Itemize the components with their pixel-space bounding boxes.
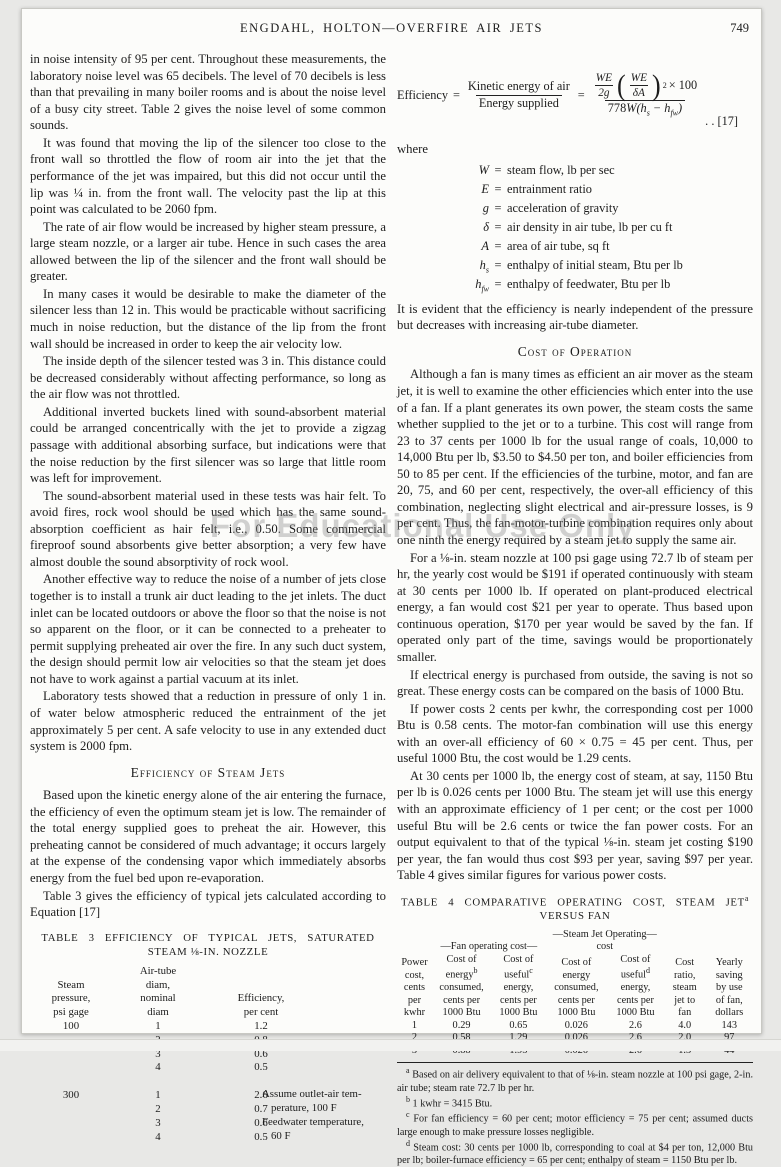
definition-row: δ=air density in air tube, lb per cu ft	[455, 219, 753, 238]
paragraph: Additional inverted buckets lined with s…	[30, 404, 386, 487]
paragraph: Although a fan is many times as efficien…	[397, 366, 753, 548]
open-paren: (	[617, 71, 626, 101]
equation-number: . . [17]	[705, 113, 738, 137]
definition-row: hs=enthalpy of initial steam, Btu per lb	[455, 257, 753, 276]
table-4: —Fan operating cost— —Steam Jet Operatin…	[397, 929, 753, 1052]
paragraph: The inside depth of the silencer tested …	[30, 353, 386, 403]
paragraph: The rate of air flow would be increased …	[30, 219, 386, 285]
document-page: ENGDAHL, HOLTON—OVERFIRE AIR JETS 749 in…	[21, 8, 762, 1034]
fraction: WE2g ( WEδA )2 × 100 778W(hs − hfw)	[590, 71, 700, 119]
table-3-title: TABLE 3 EFFICIENCY OF TYPICAL JETS, SATU…	[30, 931, 386, 959]
paragraph: At 30 cents per 1000 lb, the energy cost…	[397, 768, 753, 884]
page-number: 749	[730, 21, 749, 36]
paragraph: Based upon the kinetic energy alone of t…	[30, 787, 386, 886]
table-group-header-row: —Fan operating cost— —Steam Jet Operatin…	[397, 929, 753, 954]
paragraph: If electrical energy is purchased from o…	[397, 667, 753, 700]
table-header-row: Steampressure,psi gage Air-tubediam,nomi…	[32, 965, 316, 1020]
definition-row: hfw=enthalpy of feedwater, Btu per lb	[455, 276, 753, 295]
scan-bottom-strip	[0, 1039, 781, 1051]
symbol-definitions: W=steam flow, lb per sec E=entrainment r…	[455, 162, 753, 295]
paragraph: Laboratory tests showed that a reduction…	[30, 688, 386, 754]
paragraph: If power costs 2 cents per kwhr, the cor…	[397, 701, 753, 767]
definition-row: W=steam flow, lb per sec	[455, 162, 753, 181]
paragraph: It is evident that the efficiency is nea…	[397, 301, 753, 334]
close-paren: )	[652, 71, 661, 101]
table-header-row: Powercost,centsperkwhr Cost ofenergybcon…	[397, 954, 753, 1020]
right-column: Efficiency = Kinetic energy of air Energ…	[397, 51, 753, 1051]
paragraph: The sound-absorbent material used in the…	[30, 488, 386, 571]
where-label: where	[397, 141, 753, 158]
paragraph: in noise intensity of 95 per cent. Throu…	[30, 51, 386, 134]
fraction: Kinetic energy of air Energy supplied	[465, 79, 573, 111]
left-column: in noise intensity of 95 per cent. Throu…	[30, 51, 386, 1051]
running-title: ENGDAHL, HOLTON—OVERFIRE AIR JETS	[30, 21, 753, 36]
paragraph: It was found that moving the lip of the …	[30, 135, 386, 218]
table-row: 10.290.650.0262.64.0143	[397, 1020, 753, 1033]
page-header: ENGDAHL, HOLTON—OVERFIRE AIR JETS 749	[30, 21, 753, 43]
table-row: 10011.2	[32, 1020, 316, 1034]
paragraph: Table 3 gives the efficiency of typical …	[30, 888, 386, 921]
definition-row: A=area of air tube, sq ft	[455, 238, 753, 257]
equation-17: Efficiency = Kinetic energy of air Energ…	[397, 53, 753, 137]
section-heading-cost: Cost of Operation	[397, 343, 753, 361]
table-4-title: TABLE 4 COMPARATIVE OPERATING COST, STEA…	[397, 894, 753, 924]
paragraph: In many cases it would be desirable to m…	[30, 286, 386, 352]
definition-row: g=acceleration of gravity	[455, 200, 753, 219]
paragraph: Another effective way to reduce the nois…	[30, 571, 386, 687]
section-heading-efficiency: Efficiency of Steam Jets	[30, 764, 386, 782]
definition-row: E=entrainment ratio	[455, 181, 753, 200]
paragraph: For a ⅛-in. steam nozzle at 100 psi gage…	[397, 550, 753, 666]
